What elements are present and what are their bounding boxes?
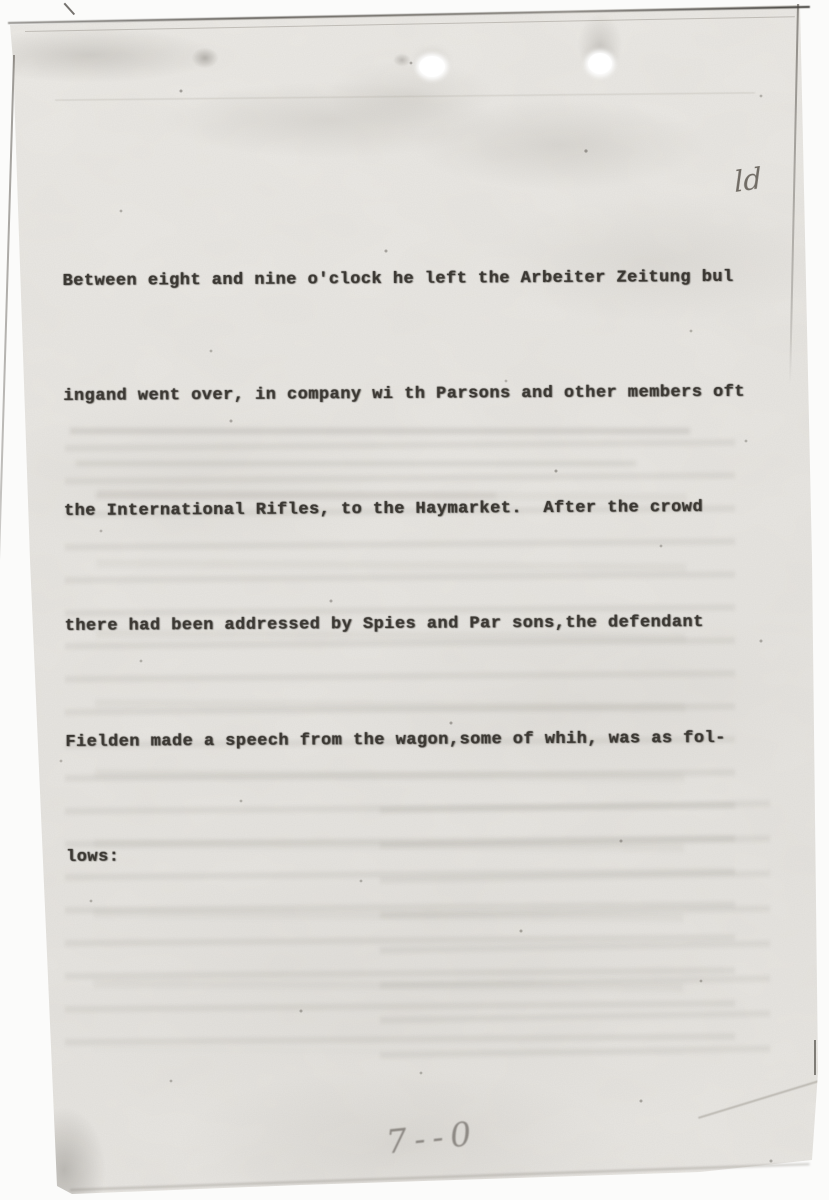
typed-line: there had been addressed by Spies and Pa… [65, 604, 765, 647]
typed-line: Between eight and nine o'clock he left t… [62, 259, 762, 302]
paper-right-edge [814, 1040, 816, 1075]
pen-tick-mark [64, 3, 75, 15]
typed-line: the International Rifles, to the Haymark… [64, 489, 764, 532]
typed-line: Fielden made a speech from the wagon,som… [65, 719, 765, 762]
punch-hole [419, 56, 445, 77]
typed-line: lows: [66, 835, 766, 878]
punch-hole [588, 53, 612, 74]
dust-specks [0, 0, 2, 2]
handwritten-correction: ld [733, 161, 762, 199]
typed-line: ingand went over, in company wi th Parso… [63, 374, 763, 417]
paper-left-edge [0, 55, 14, 755]
typed-paragraph: Between eight and nine o'clock he left t… [62, 182, 767, 954]
scanned-document-page: Between eight and nine o'clock he left t… [0, 0, 829, 1200]
